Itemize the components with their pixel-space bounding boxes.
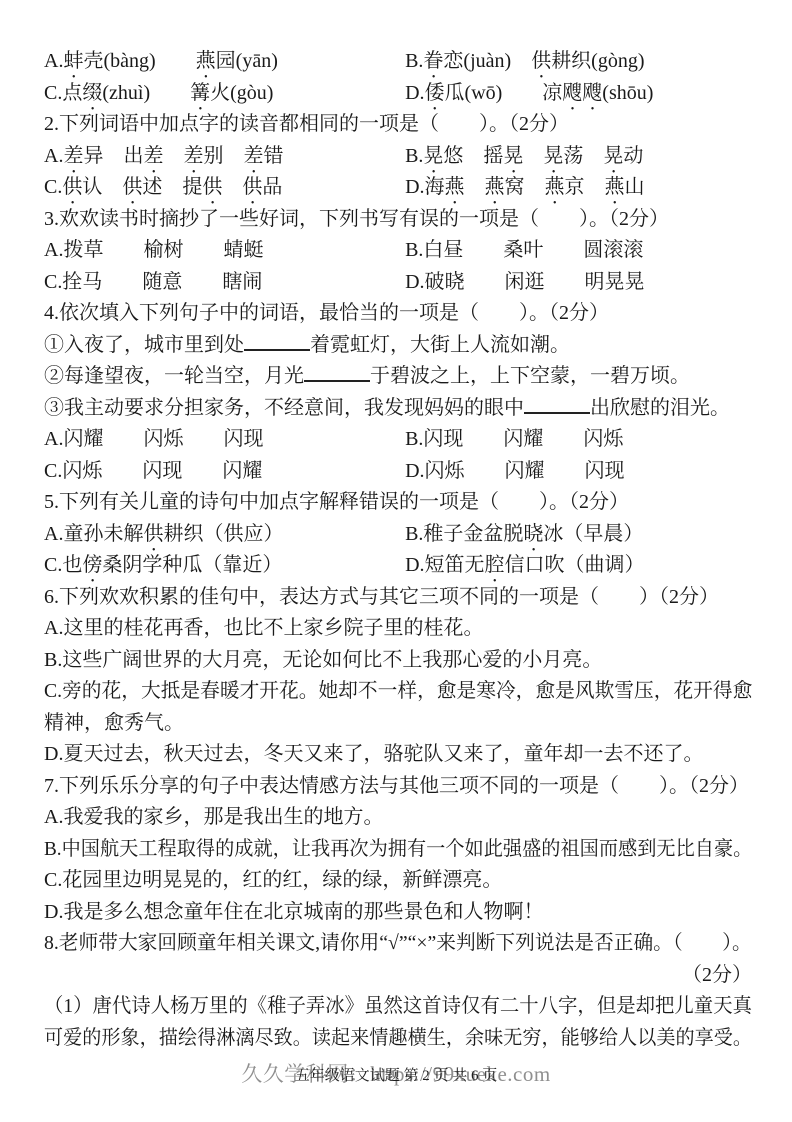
option-column-left: C.点缀(zhuì) 篝火(gòu) (44, 78, 405, 110)
emphasized-text: 燕 (445, 176, 465, 198)
q1-option-row-ab: A.蚌壳(bàng) 燕园(yān)B.眷恋(juàn) 供耕织(gòng) (44, 46, 752, 78)
text-segment (222, 176, 242, 198)
emphasized-text: 燕 (196, 50, 216, 72)
text-segment: D.海 (405, 176, 444, 198)
q6-option-c-line2: 精神，愈秀气。 (44, 708, 752, 740)
text-segment: （1）唐代诗人杨万里的《稚子弄冰》虽然这首诗仅有二十八字，但是却把儿童天真 (44, 995, 752, 1017)
text-segment: C.点 (44, 82, 82, 104)
emphasized-text: 晃 (503, 145, 523, 167)
option-column-right: B.稚子金盆脱晓冰（早晨） (405, 519, 752, 551)
option-column-left: A.差异 出差 差别 差错 (44, 141, 405, 173)
text-segment: 述 提 (142, 176, 202, 198)
text-segment: C.旁的花，大抵是春暖才开花。她却不一样，愈是寒冷，愈是风欺雪压，花开得愈 (44, 680, 752, 702)
q4-sentence-2: ②每逢望夜，一轮当空，月光于碧波之上，上下空蒙，一碧万顷。 (44, 361, 752, 393)
text-segment: 耕织（供应） (163, 523, 283, 545)
text-segment (523, 145, 543, 167)
text-segment: 桑阴学种瓜（靠近） (102, 554, 282, 576)
text-segment: 异 出 (83, 145, 143, 167)
emphasized-text: 倭 (425, 82, 445, 104)
text-segment: 火(gòu) (210, 82, 273, 104)
text-segment: D.破晓 闲逛 明晃晃 (405, 271, 644, 293)
emphasized-text: 晃 (543, 145, 563, 167)
text-segment: 园(yān) (216, 50, 278, 72)
q8-item-1-line1: （1）唐代诗人杨万里的《稚子弄冰》虽然这首诗仅有二十八字，但是却把儿童天真 (44, 991, 731, 1023)
q2-option-row-cd: C.供认 供述 提供 供品D.海燕 燕窝 燕京 燕山 (44, 172, 752, 204)
text-segment: B.中国航天工程取得的成就，让我再次为拥有一个如此强盛的祖国而感到无比自豪。 (44, 838, 752, 860)
text-segment: 2.下列词语中加点字的读音都相同的一项是（ ）。（2分） (44, 113, 569, 135)
option-column-right: B.眷恋(juàn) 供耕织(gòng) (405, 46, 752, 78)
text-segment: 山 (625, 176, 645, 198)
page-footer: 久久学科网：https://99xueke.com 五年级语文试题 第 2 页 … (0, 1058, 792, 1094)
text-segment: A.童孙未解 (44, 523, 143, 545)
emphasized-text: 腔 (485, 554, 505, 576)
fill-in-blank-underline (244, 331, 310, 351)
emphasized-text: 差 (143, 145, 163, 167)
text-segment (163, 145, 183, 167)
option-column-left: A.蚌壳(bàng) 燕园(yān) (44, 46, 405, 78)
text-segment: 3.欢欢读书时摘抄了一些好词，下列书写有误的一项是（ ）。（2分） (44, 208, 669, 230)
emphasized-text: 差 (63, 145, 83, 167)
text-segment: 4.依次填入下列句子中的词语，最恰当的一项是（ ）。（2分） (44, 302, 609, 324)
option-column-left: A.拨草 榆树 蜻蜓 (44, 235, 405, 267)
emphasized-text: 供 (62, 176, 82, 198)
emphasized-text: 缀 (82, 82, 102, 104)
text-segment: (shōu) (602, 82, 653, 104)
text-segment: ②每逢望夜，一轮当空，月光 (44, 365, 304, 387)
q2-option-row-ab: A.差异 出差 差别 差错B.晃悠 摇晃 晃荡 晃动 (44, 141, 752, 173)
option-column-left: C.拴马 随意 瞎闹 (44, 267, 405, 299)
option-column-right: B.白昼 桑叶 圆滚滚 (405, 235, 752, 267)
text-segment: B.这些广阔世界的大月亮，无论如何比不上我那心爱的小月亮。 (44, 649, 602, 671)
q3-option-row-cd: C.拴马 随意 瞎闹D.破晓 闲逛 明晃晃 (44, 267, 752, 299)
emphasized-text: 眷 (423, 50, 443, 72)
q3-stem: 3.欢欢读书时摘抄了一些好词，下列书写有误的一项是（ ）。（2分） (44, 204, 752, 236)
emphasized-text: 晓 (523, 523, 543, 545)
q7-option-d: D.我是多么想念童年住在北京城南的那些景色和人物啊！ (44, 897, 752, 929)
q1-option-row-cd: C.点缀(zhuì) 篝火(gòu)D.倭瓜(wō) 凉飕飕(shōu) (44, 78, 752, 110)
option-column-left: A.闪耀 闪烁 闪现 (44, 424, 405, 456)
footer-page-info: 五年级语文试题 第 2 页 共 6 页 (0, 1064, 792, 1085)
text-segment: 信口吹（曲调） (505, 554, 645, 576)
text-segment: 可爱的形象，描绘得淋漓尽致。读起来情趣横生，余味无穷，能够给人以美的享受。 (44, 1027, 752, 1049)
emphasized-text: 飕飕 (562, 82, 602, 104)
emphasized-text: 供 (143, 523, 163, 545)
q4-sentence-3: ③我主动要求分担家务，不经意间，我发现妈妈的眼中出欣慰的泪光。 (44, 393, 752, 425)
text-segment: B. (405, 50, 423, 72)
emphasized-text: 燕 (485, 176, 505, 198)
q5-stem: 5.下列有关儿童的诗句中加点字解释错误的一项是（ ）。（2分） (44, 487, 752, 519)
q7-stem: 7.下列乐乐分享的句子中表达情感方法与其他三项不同的一项是（ ）。（2分） (44, 771, 752, 803)
text-segment: C.花园里边明晃晃的，红的红，绿的绿，新鲜漂亮。 (44, 869, 502, 891)
q7-option-b: B.中国航天工程取得的成就，让我再次为拥有一个如此强盛的祖国而感到无比自豪。 (44, 834, 723, 866)
option-column-right: D.闪烁 闪耀 闪现 (405, 456, 752, 488)
text-segment: B.闪现 闪耀 闪烁 (405, 428, 623, 450)
text-segment: 瓜(wō) (445, 82, 543, 104)
option-column-left: C.闪烁 闪现 闪耀 (44, 456, 405, 488)
text-segment: D. (405, 82, 424, 104)
emphasized-text: 差 (243, 145, 263, 167)
exam-paper-page: A.蚌壳(bàng) 燕园(yān)B.眷恋(juàn) 供耕织(gòng)C.… (0, 0, 792, 1122)
option-column-right: B.晃悠 摇晃 晃荡 晃动 (405, 141, 752, 173)
q7-option-a: A.我爱我的家乡，那是我出生的地方。 (44, 802, 752, 834)
text-segment: 6.下列欢欢积累的佳句中，表达方式与其它三项不同的一项是（ ）（2分） (44, 586, 719, 608)
text-segment: A.这里的桂花再香，也比不上家乡院子里的桂花。 (44, 617, 483, 639)
option-column-right: D.短笛无腔信口吹（曲调） (405, 550, 752, 582)
emphasized-text: 燕 (545, 176, 565, 198)
q6-stem: 6.下列欢欢积累的佳句中，表达方式与其它三项不同的一项是（ ）（2分） (44, 582, 752, 614)
q3-option-row-ab: A.拨草 榆树 蜻蜓B.白昼 桑叶 圆滚滚 (44, 235, 752, 267)
text-segment: 出欣慰的泪光。 (590, 397, 730, 419)
text-segment: 窝 (505, 176, 545, 198)
text-segment: 着霓虹灯，大街上人流如潮。 (310, 334, 570, 356)
emphasized-text: 篝 (190, 82, 210, 104)
emphasized-text: 供 (122, 176, 142, 198)
option-column-right: D.海燕 燕窝 燕京 燕山 (405, 172, 752, 204)
emphasized-text: 晃 (423, 145, 443, 167)
option-column-left: A.童孙未解供耕织（供应） (44, 519, 405, 551)
q5-option-row-cd: C.也傍桑阴学种瓜（靠近）D.短笛无腔信口吹（曲调） (44, 550, 752, 582)
text-segment: 恋(juàn) (443, 50, 531, 72)
emphasized-text: 蚌 (63, 50, 83, 72)
text-segment: A. (44, 50, 63, 72)
option-column-left: C.供认 供述 提供 供品 (44, 172, 405, 204)
q6-option-c-line1: C.旁的花，大抵是春暖才开花。她却不一样，愈是寒冷，愈是风欺雪压，花开得愈 (44, 676, 742, 708)
q8-item-1-line2: 可爱的形象，描绘得淋漓尽致。读起来情趣横生，余味无穷，能够给人以美的享受。 (44, 1023, 721, 1055)
text-segment: 7.下列乐乐分享的句子中表达情感方法与其他三项不同的一项是（ ）。（2分） (44, 775, 749, 797)
text-segment: A.闪耀 闪烁 闪现 (44, 428, 263, 450)
text-segment: D.闪烁 闪耀 闪现 (405, 460, 624, 482)
text-segment: 别 (203, 145, 243, 167)
emphasized-text: 傍 (82, 554, 102, 576)
text-segment: 京 (565, 176, 605, 198)
q7-option-c: C.花园里边明晃晃的，红的红，绿的绿，新鲜漂亮。 (44, 865, 752, 897)
q8-stem: 8.老师带大家回顾童年相关课文,请你用“√”“×”来判断下列说法是否正确。（ ）… (44, 928, 742, 960)
text-segment: (zhuì) (102, 82, 190, 104)
text-segment: 悠 摇 (443, 145, 503, 167)
text-segment: 精神，愈秀气。 (44, 712, 184, 734)
text-segment: A.拨草 榆树 蜻蜓 (44, 239, 263, 261)
q4-option-row-cd: C.闪烁 闪现 闪耀D.闪烁 闪耀 闪现 (44, 456, 752, 488)
option-column-right: D.倭瓜(wō) 凉飕飕(shōu) (405, 78, 752, 110)
text-segment: B. (405, 145, 423, 167)
text-segment: 冰（早晨） (543, 523, 643, 545)
option-column-right: B.闪现 闪耀 闪烁 (405, 424, 752, 456)
text-segment: C.也 (44, 554, 82, 576)
text-segment: 耕织(gòng) (551, 50, 644, 72)
q2-stem: 2.下列词语中加点字的读音都相同的一项是（ ）。（2分） (44, 109, 752, 141)
text-segment: C.拴马 随意 瞎闹 (44, 271, 262, 293)
q8-score: （2分） (44, 960, 752, 992)
option-column-left: C.也傍桑阴学种瓜（靠近） (44, 550, 405, 582)
q5-option-row-ab: A.童孙未解供耕织（供应）B.稚子金盆脱晓冰（早晨） (44, 519, 752, 551)
fill-in-blank-underline (304, 362, 370, 382)
emphasized-text: 晃 (603, 145, 623, 167)
text-segment: 5.下列有关儿童的诗句中加点字解释错误的一项是（ ）。（2分） (44, 491, 629, 513)
option-column-right: D.破晓 闲逛 明晃晃 (405, 267, 752, 299)
text-segment: 荡 (563, 145, 603, 167)
text-segment: 认 (82, 176, 122, 198)
text-segment: ③我主动要求分担家务，不经意间，我发现妈妈的眼中 (44, 397, 524, 419)
text-segment: 8.老师带大家回顾童年相关课文,请你用“√”“×”来判断下列说法是否正确。（ ）… (44, 932, 752, 954)
q6-option-d: D.夏天过去，秋天过去，冬天又来了，骆驼队又来了，童年却一去不还了。 (44, 739, 752, 771)
emphasized-text: 供 (202, 176, 222, 198)
q6-option-a: A.这里的桂花再香，也比不上家乡院子里的桂花。 (44, 613, 752, 645)
text-segment: C.闪烁 闪现 闪耀 (44, 460, 262, 482)
text-segment: ①入夜了，城市里到处 (44, 334, 244, 356)
text-segment: B.白昼 桑叶 圆滚滚 (405, 239, 643, 261)
text-segment: A. (44, 145, 63, 167)
q6-option-b: B.这些广阔世界的大月亮，无论如何比不上我那心爱的小月亮。 (44, 645, 752, 677)
text-segment: 错 (263, 145, 283, 167)
text-segment (465, 176, 485, 198)
text-segment: D.夏天过去，秋天过去，冬天又来了，骆驼队又来了，童年却一去不还了。 (44, 743, 703, 765)
text-segment: 壳(bàng) (83, 50, 195, 72)
q4-option-row-ab: A.闪耀 闪烁 闪现B.闪现 闪耀 闪烁 (44, 424, 752, 456)
text-segment: C. (44, 176, 62, 198)
text-segment: 于碧波之上，上下空蒙，一碧万顷。 (370, 365, 690, 387)
text-segment: 动 (623, 145, 643, 167)
text-segment: 凉 (542, 82, 562, 104)
emphasized-text: 供 (531, 50, 551, 72)
text-segment: （2分） (682, 964, 752, 986)
fill-in-blank-underline (524, 394, 590, 414)
text-segment: 品 (262, 176, 282, 198)
q4-stem: 4.依次填入下列句子中的词语，最恰当的一项是（ ）。（2分） (44, 298, 752, 330)
text-segment: A.我爱我的家乡，那是我出生的地方。 (44, 806, 383, 828)
text-segment: D.我是多么想念童年住在北京城南的那些景色和人物啊！ (44, 901, 543, 923)
emphasized-text: 燕 (605, 176, 625, 198)
emphasized-text: 供 (242, 176, 262, 198)
emphasized-text: 差 (183, 145, 203, 167)
text-segment: D.短笛无 (405, 554, 484, 576)
q4-sentence-1: ①入夜了，城市里到处着霓虹灯，大街上人流如潮。 (44, 330, 752, 362)
exam-content: A.蚌壳(bàng) 燕园(yān)B.眷恋(juàn) 供耕织(gòng)C.… (44, 46, 752, 1054)
text-segment: B.稚子金盆脱 (405, 523, 523, 545)
